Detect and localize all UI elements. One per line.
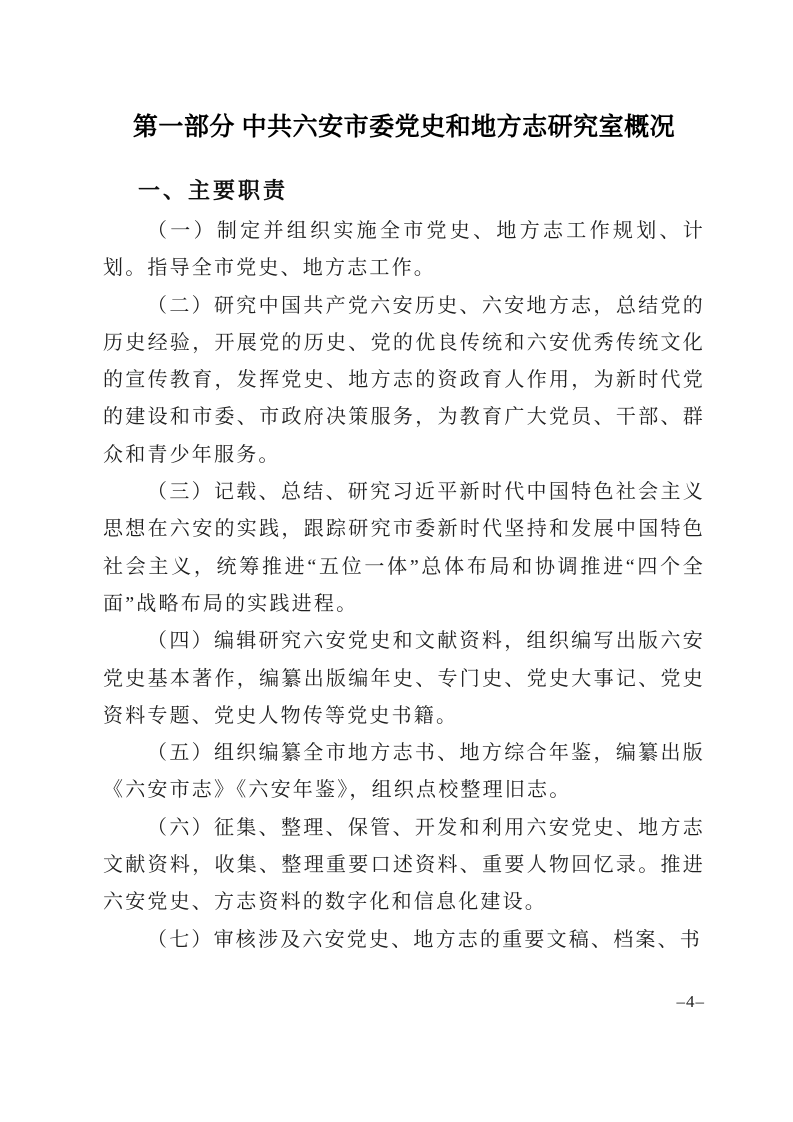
paragraph-1: （一）制定并组织实施全市党史、地方志工作规划、计划。指导全市党史、地方志工作。 <box>103 213 705 288</box>
document-title: 第一部分 中共六安市委党史和地方志研究室概况 <box>103 111 705 145</box>
paragraph-5: （五）组织编纂全市地方志书、地方综合年鉴，编纂出版《六安市志》《六安年鉴》，组织… <box>103 735 705 810</box>
page-content: 第一部分 中共六安市委党史和地方志研究室概况 一、主要职责 （一）制定并组织实施… <box>103 0 705 959</box>
document-page: 第一部分 中共六安市委党史和地方志研究室概况 一、主要职责 （一）制定并组织实施… <box>0 0 793 1122</box>
paragraph-6: （六）征集、整理、保管、开发和利用六安党史、地方志文献资料，收集、整理重要口述资… <box>103 810 705 922</box>
paragraph-3: （三）记载、总结、研究习近平新时代中国特色社会主义思想在六安的实践，跟踪研究市委… <box>103 474 705 623</box>
section-heading: 一、主要职责 <box>138 177 705 205</box>
page-number: –4– <box>677 992 706 1012</box>
paragraph-4: （四）编辑研究六安党史和文献资料，组织编写出版六安党史基本著作，编纂出版编年史、… <box>103 623 705 735</box>
section-body: （一）制定并组织实施全市党史、地方志工作规划、计划。指导全市党史、地方志工作。 … <box>103 213 705 959</box>
paragraph-2: （二）研究中国共产党六安历史、六安地方志，总结党的历史经验，开展党的历史、党的优… <box>103 288 705 474</box>
paragraph-7: （七）审核涉及六安党史、地方志的重要文稿、档案、书 <box>103 922 705 959</box>
